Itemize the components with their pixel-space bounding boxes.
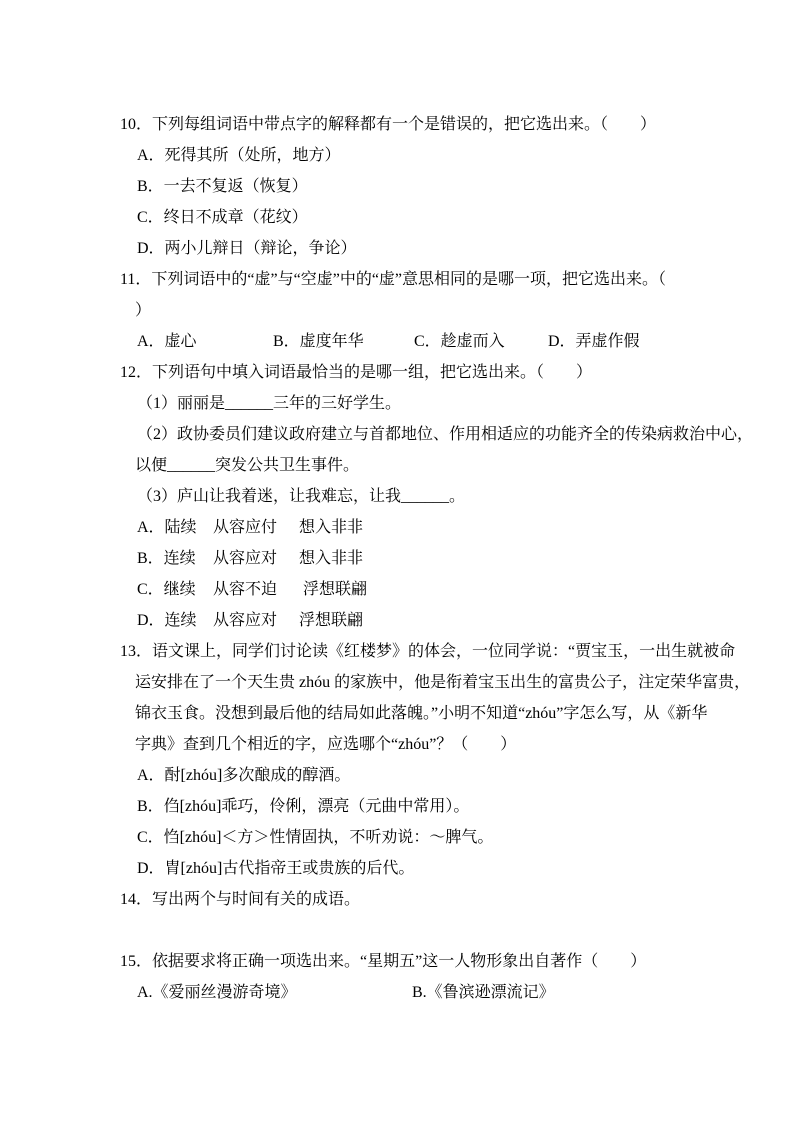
question-12-option-a-word2: 从容应付 [213,512,299,543]
question-15-option-b: B.《鲁滨逊漂流记》 [412,977,675,1008]
question-12-option-d-label: D．连续 [137,605,213,636]
question-11-options-row: A．虚心 B．虚度年华 C．趁虚而入 D．弄虚作假 [137,326,675,357]
question-13-option-c: C．㤘[zhóu]＜方＞性情固执，不听劝说：～脾气。 [137,822,675,853]
question-13-stem-line4: 字典》查到几个相近的字，应选哪个“zhóu”？（ ） [135,729,675,760]
question-14-answer-space [120,915,675,946]
question-13-stem-line1: 13．语文课上，同学们讨论读《红楼梦》的体会，一位同学说：“贾宝玉，一出生就被命 [120,636,675,667]
question-12-option-d-row: D．连续 从容应对 浮想联翩 [137,605,675,636]
question-10-option-c: C．终日不成章（花纹） [137,202,675,233]
question-12-item-2: （2）政协委员们建议政府建立与首都地位、作用相适应的功能齐全的传染病救治中心， [137,419,675,450]
question-12-option-c-label: C．继续 [137,574,213,605]
question-13-option-d: D．胄[zhóu]古代指帝王或贵族的后代。 [137,853,675,884]
question-12-stem: 12．下列语句中填入词语最恰当的是哪一组，把它选出来。（ ） [120,357,675,388]
question-11-option-a: A．虚心 [137,326,273,357]
question-12-option-d-word3: 浮想联翩 [299,605,675,636]
question-12-option-a-word3: 想入非非 [299,512,675,543]
question-10-option-a: A．死得其所（处所，地方） [137,140,675,171]
question-12-item-3: （3）庐山让我着迷，让我难忘，让我______。 [137,481,675,512]
question-12-option-c-row: C．继续 从容不迫 浮想联翩 [137,574,675,605]
question-11-stem-line1: 11．下列词语中的“虚”与“空虚”中的“虚”意思相同的是哪一项，把它选出来。（ [120,264,675,295]
question-12-option-c-word3: 浮想联翩 [299,574,675,605]
question-13-option-b: B．㑇[zhóu]乖巧，伶俐，漂亮（元曲中常用）。 [137,791,675,822]
question-12-option-a-label: A．陆续 [137,512,213,543]
question-11-option-b: B．虚度年华 [273,326,414,357]
question-10-option-d: D．两小儿辩日（辩论，争论） [137,233,675,264]
question-12-item-2-cont: 以便______突发公共卫生事件。 [135,450,675,481]
question-12-option-b-word2: 从容应对 [213,543,299,574]
question-12-item-1: （1）丽丽是______三年的三好学生。 [137,388,675,419]
question-10-stem: 10．下列每组词语中带点字的解释都有一个是错误的，把它选出来。（ ） [120,109,675,140]
question-11-stem-line2: ） [135,295,675,326]
question-13-stem-line3: 锦衣玉食。没想到最后他的结局如此落魄。”小明不知道“zhóu”字怎么写，从《新华 [135,698,675,729]
exam-document-page: 10．下列每组词语中带点字的解释都有一个是错误的，把它选出来。（ ） A．死得其… [0,0,794,1123]
question-15-options-row: A.《爱丽丝漫游奇境》 B.《鲁滨逊漂流记》 [137,977,675,1008]
question-12-option-d-word2: 从容应对 [213,605,299,636]
question-13-option-a: A．酎[zhóu]多次酿成的醇酒。 [137,760,675,791]
question-12-option-b-row: B．连续 从容应对 想入非非 [137,543,675,574]
question-11-option-d: D．弄虚作假 [548,326,675,357]
question-10-option-b: B．一去不复返（恢复） [137,171,675,202]
question-12-option-b-word3: 想入非非 [299,543,675,574]
question-11-option-c: C．趁虚而入 [414,326,548,357]
question-12-option-a-row: A．陆续 从容应付 想入非非 [137,512,675,543]
question-12-option-b-label: B．连续 [137,543,213,574]
question-12-option-c-word2: 从容不迫 [213,574,299,605]
question-15-stem: 15．依据要求将正确一项选出来。“星期五”这一人物形象出自著作（ ） [120,946,675,977]
question-14-stem: 14．写出两个与时间有关的成语。 [120,884,675,915]
question-13-stem-line2: 运安排在了一个天生贵 zhóu 的家族中，他是衔着宝玉出生的富贵公子，注定荣华富… [135,667,675,698]
question-15-option-a: A.《爱丽丝漫游奇境》 [137,977,412,1008]
